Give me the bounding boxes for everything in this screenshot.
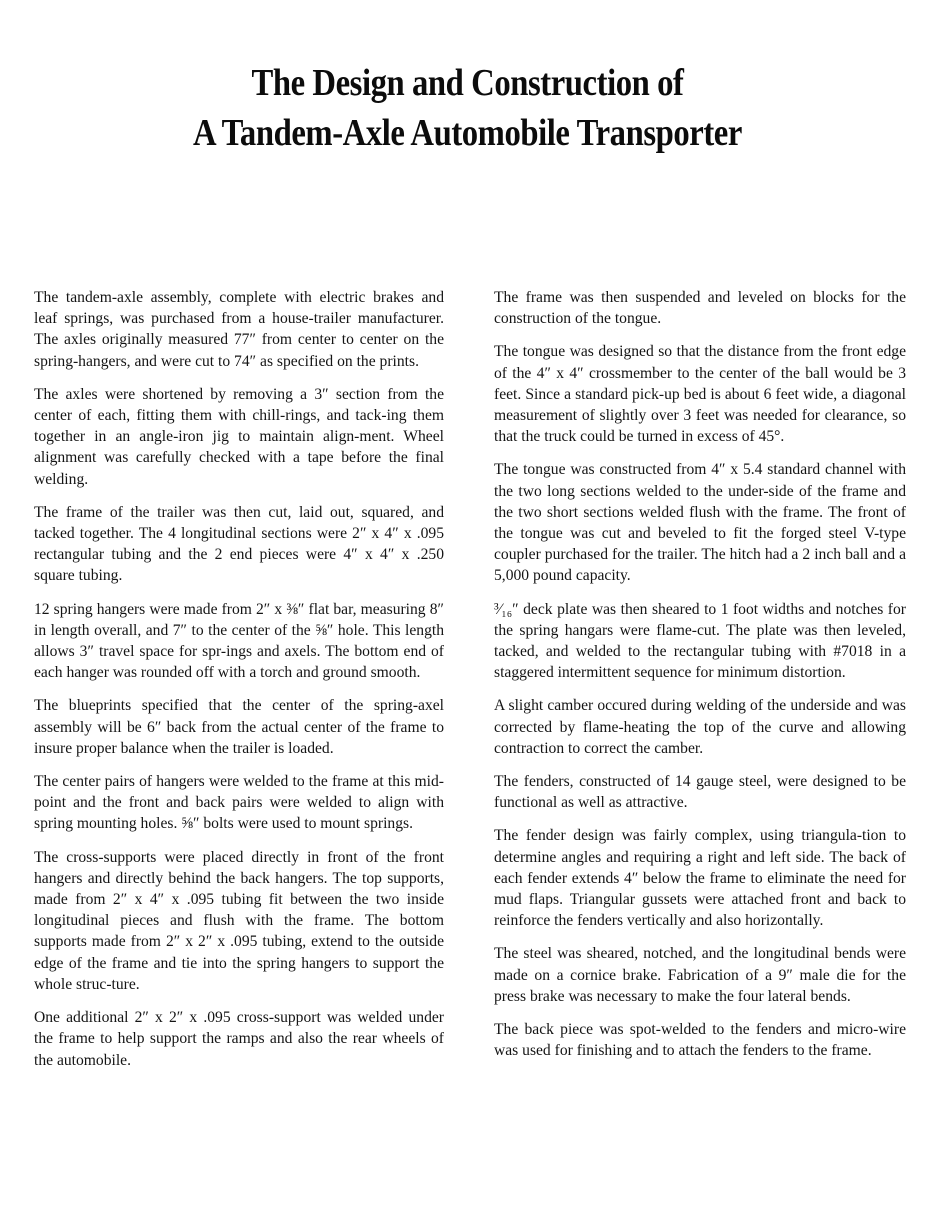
paragraph-frame-suspended: The frame was then suspended and leveled…: [494, 287, 906, 329]
paragraph-steel-bending: The steel was sheared, notched, and the …: [494, 943, 906, 1007]
paragraph-back-piece: The back piece was spot-welded to the fe…: [494, 1019, 906, 1061]
page-title: The Design and Construction of A Tandem-…: [0, 58, 935, 158]
paragraph-blueprints: The blueprints specified that the center…: [34, 695, 444, 759]
paragraph-additional-support: One additional 2″ x 2″ x .095 cross-supp…: [34, 1007, 444, 1071]
paragraph-tongue-construction: The tongue was constructed from 4″ x 5.4…: [494, 459, 906, 586]
left-column: The tandem-axle assembly, complete with …: [34, 287, 444, 1083]
paragraph-axle-shortening: The axles were shortened by removing a 3…: [34, 384, 444, 490]
paragraph-hanger-welding: The center pairs of hangers were welded …: [34, 771, 444, 835]
right-column: The frame was then suspended and leveled…: [494, 287, 906, 1083]
paragraph-camber: A slight camber occured during welding o…: [494, 695, 906, 759]
paragraph-fender-design: The fender design was fairly complex, us…: [494, 825, 906, 931]
paragraph-fenders: The fenders, constructed of 14 gauge ste…: [494, 771, 906, 813]
paragraph-tongue-design: The tongue was designed so that the dist…: [494, 341, 906, 447]
title-line-1: The Design and Construction of: [65, 58, 869, 108]
paragraph-spring-hangers: 12 spring hangers were made from 2″ x ⅜″…: [34, 599, 444, 684]
paragraph-frame-layout: The frame of the trailer was then cut, l…: [34, 502, 444, 587]
paragraph-cross-supports: The cross-supports were placed directly …: [34, 847, 444, 995]
title-line-2: A Tandem-Axle Automobile Transporter: [65, 108, 869, 158]
paragraph-axle-assembly: The tandem-axle assembly, complete with …: [34, 287, 444, 372]
paragraph-deck-plate: ³⁄₁₆″ deck plate was then sheared to 1 f…: [494, 599, 906, 684]
article-body: The tandem-axle assembly, complete with …: [34, 287, 906, 1083]
